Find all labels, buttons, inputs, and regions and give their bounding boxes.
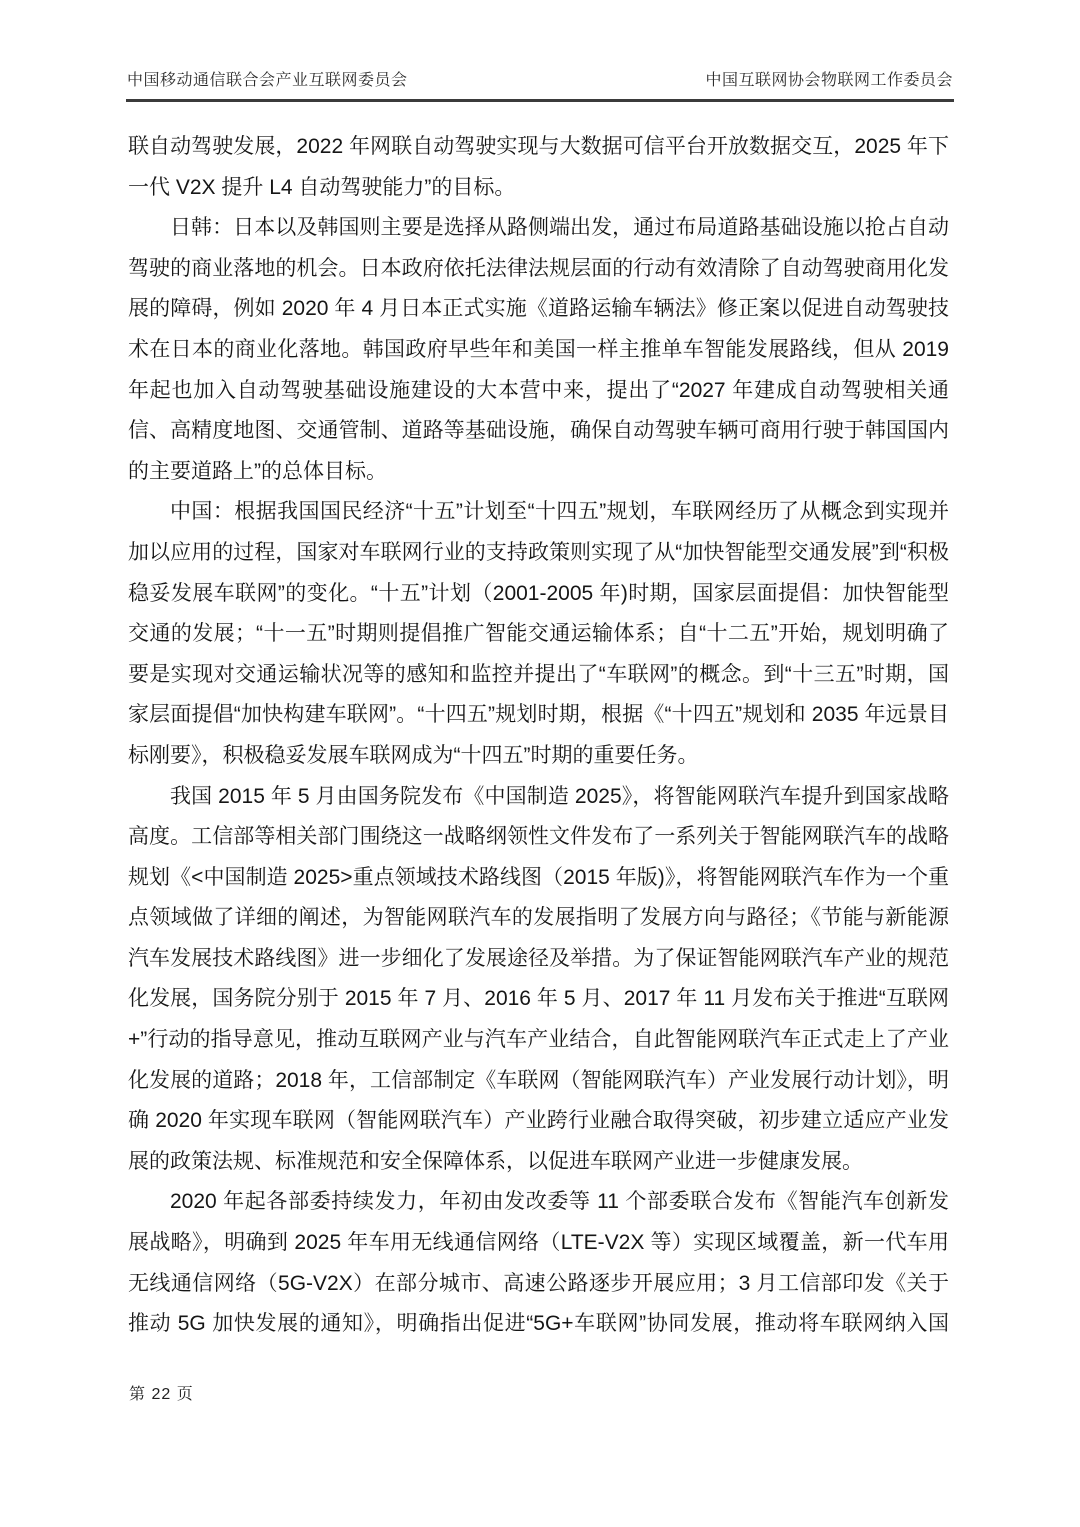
paragraph: 我国 2015 年 5 月由国务院发布《中国制造 2025》，将智能网联汽车提升… [128,777,949,1183]
page-number-label: 第 22 页 [129,1386,194,1403]
document-page: 中国移动通信联合会产业互联网委员会 中国互联网协会物联网工作委员会 联自动驾驶发… [0,0,1080,1527]
paragraph: 2020 年起各部委持续发力，年初由发改委等 11 个部委联合发布《智能汽车创新… [128,1182,949,1344]
header-right-org: 中国互联网协会物联网工作委员会 [705,70,953,92]
paragraph: 联自动驾驶发展，2022 年网联自动驾驶实现与大数据可信平台开放数据交互，202… [128,127,949,208]
header-left-org: 中国移动通信联合会产业互联网委员会 [127,70,408,92]
paragraph: 中国：根据我国国民经济“十五”计划至“十四五”规划，车联网经历了从概念到实现并加… [128,492,949,776]
page-number: 第 22 页 [129,1384,194,1406]
header-rule [126,99,954,102]
page-header: 中国移动通信联合会产业互联网委员会 中国互联网协会物联网工作委员会 [127,70,953,92]
paragraph: 日韩：日本以及韩国则主要是选择从路侧端出发，通过布局道路基础设施以抢占自动驾驶的… [128,208,949,492]
document-body: 联自动驾驶发展，2022 年网联自动驾驶实现与大数据可信平台开放数据交互，202… [128,127,949,1345]
